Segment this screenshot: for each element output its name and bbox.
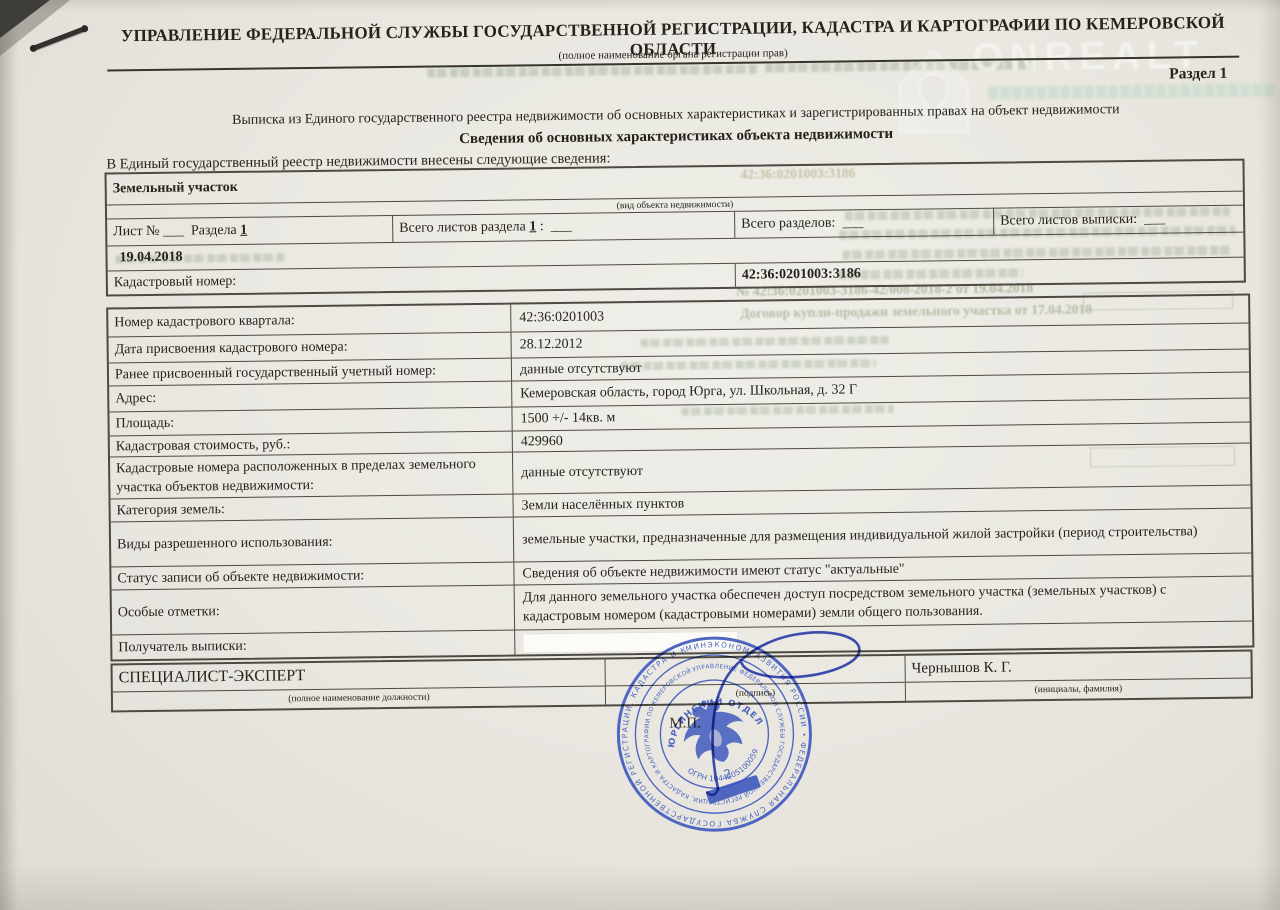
row-label: Получатель выписки: <box>112 631 514 660</box>
cadastral-number-value: 42:36:0201003:3186 <box>735 258 1244 287</box>
paper-bottom-shadow <box>0 864 1280 910</box>
total-extract-sheets-cell: Всего листов выписки: ___ <box>993 206 1243 235</box>
total-sheets-blank: : ___ <box>536 219 572 235</box>
handwritten-signature <box>562 596 985 861</box>
sheet-section-number: 1 <box>240 223 247 239</box>
total-sheets-label: Всего листов раздела <box>399 219 529 237</box>
section-label: Раздел 1 <box>1027 65 1227 85</box>
paper-top-shadow <box>0 0 1280 12</box>
row-label: Адрес: <box>109 382 511 412</box>
row-label: Номер кадастрового квартала: <box>108 305 510 337</box>
position-column: СПЕЦИАЛИСТ-ЭКСПЕРТ (полное наименование … <box>113 659 606 710</box>
total-sheets-cell: Всего листов раздела 1 : ___ <box>392 212 734 242</box>
row-label: Виды разрешенного использования: <box>111 518 514 567</box>
sheet-label2: Раздела <box>187 223 240 240</box>
row-label: Дата присвоения кадастрового номера: <box>109 333 511 363</box>
object-table: Земельный участок (вид объекта недвижимо… <box>105 159 1246 297</box>
document-photo: 42:36:0201003:3186 № 42:36:0201003-3186-… <box>0 0 1280 910</box>
row-label: Кадастровые номера расположенных в преде… <box>110 453 512 499</box>
paper-left-shadow <box>0 0 18 910</box>
watermark-subtitle-band <box>989 83 1276 100</box>
sheet-blank: ___ <box>163 224 188 240</box>
sheet-label: Лист № <box>113 224 163 241</box>
total-sections-cell: Всего разделов: ___ <box>734 209 993 238</box>
paper-sheet: 42:36:0201003:3186 № 42:36:0201003-3186-… <box>0 0 1280 910</box>
row-label: Площадь: <box>109 408 511 436</box>
sheet-number-cell: Лист № ___ Раздела 1 <box>107 216 392 245</box>
row-label: Особые отметки: <box>112 586 515 635</box>
row-value: земельные участки, предназначенные для р… <box>513 509 1251 562</box>
paper-right-shadow <box>1258 0 1280 910</box>
